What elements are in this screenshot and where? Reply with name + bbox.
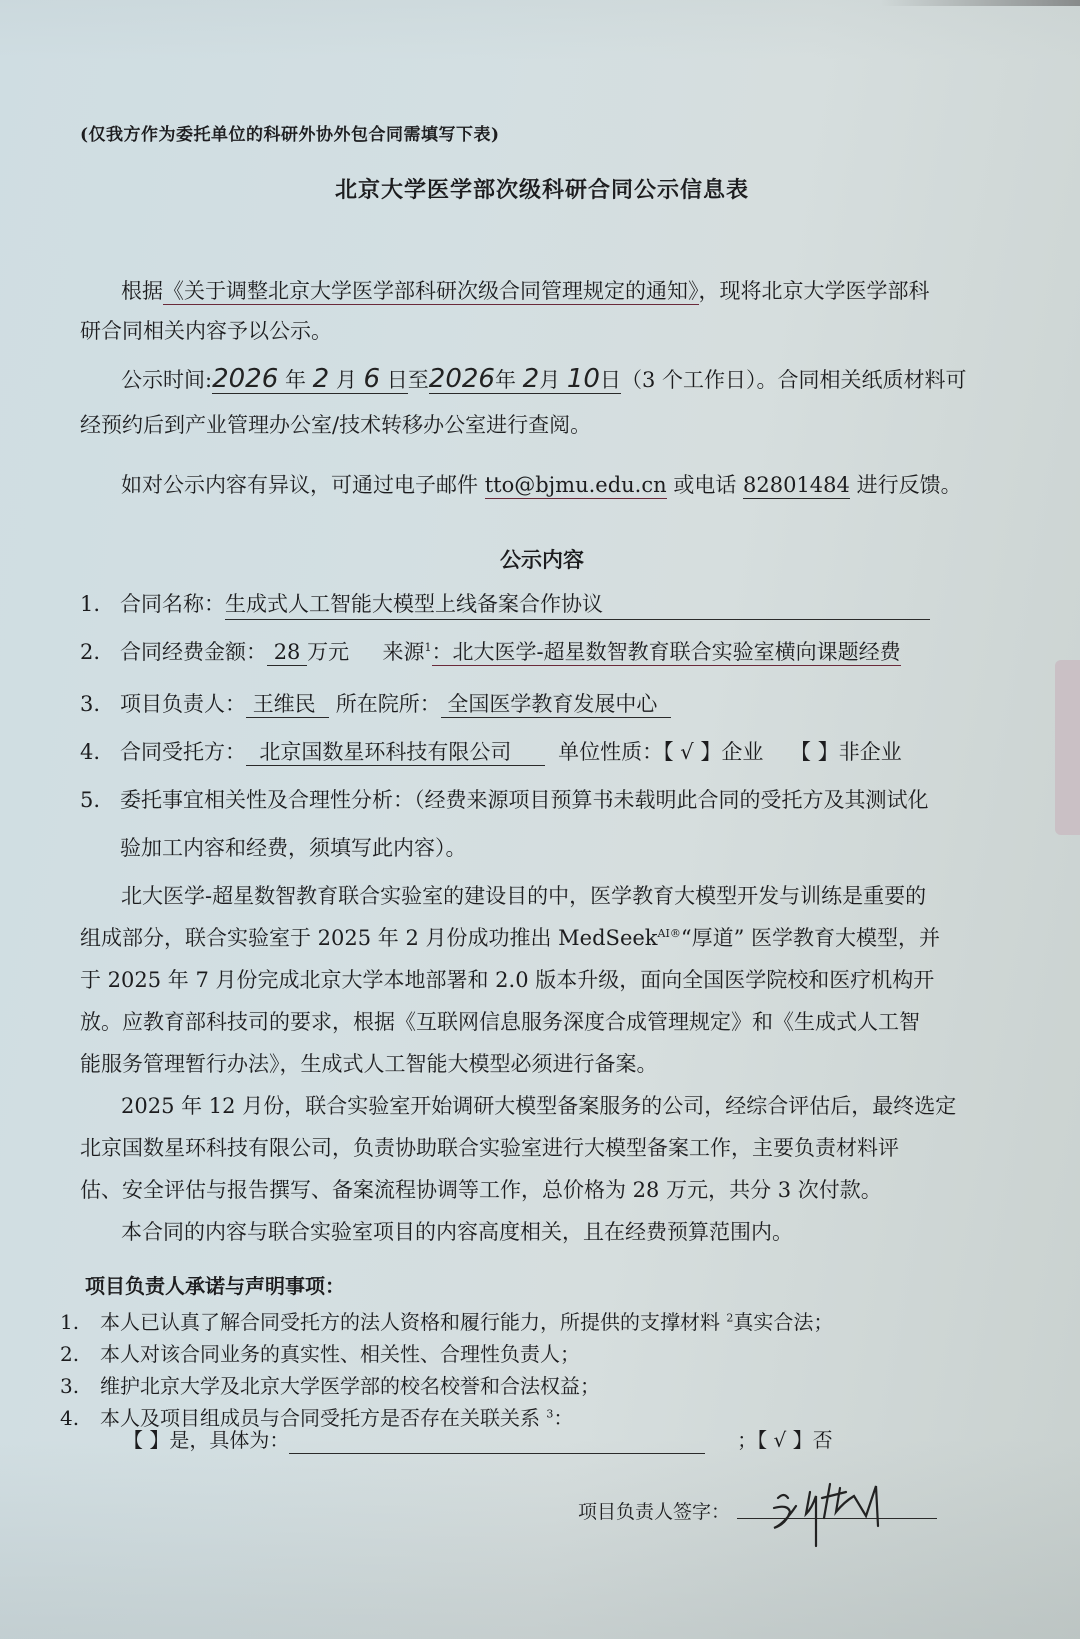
item-relevance-analysis: 5.委托事宜相关性及合理性分析：（经费来源项目预算书未载明此合同的受托方及其测试… <box>80 786 929 814</box>
no-checkbox[interactable]: 【 √ 】 <box>757 1428 812 1452</box>
commitment-3: 3.维护北京大学及北京大学医学部的校名校誉和合法权益； <box>60 1372 600 1400</box>
start-year: 2026 <box>212 364 278 394</box>
end-month: 2 <box>523 364 540 394</box>
amount-value: 28 <box>267 640 307 666</box>
non-enterprise-checkbox[interactable]: 【 】 <box>790 740 839 764</box>
commitment-2: 2.本人对该合同业务的真实性、相关性、合理性负责人； <box>60 1340 580 1368</box>
period-line-2: 经预约后到产业管理办公室/技术转移办公室进行查阅。 <box>80 411 591 439</box>
funding-source-value: ：北大医学-超星数智教育联合实验室横向课题经费 <box>432 640 901 666</box>
analysis-p2-line-1: 2025 年 12 月份，联合实验室开始调研大模型备案服务的公司，经综合评估后，… <box>121 1092 956 1120</box>
yes-checkbox[interactable]: 【 】 <box>123 1428 169 1452</box>
analysis-p2-line-3: 估、安全评估与报告撰写、备案流程协调等工作，总价格为 28 万元，共分 3 次付… <box>80 1176 882 1204</box>
contact-email[interactable]: tto@bjmu.edu.cn <box>485 473 667 499</box>
related-party-details-field[interactable] <box>289 1431 705 1454</box>
analysis-p1-line-1: 北大医学-超星数智教育联合实验室的建设目的中，医学教育大模型开发与训练是重要的 <box>121 882 926 910</box>
intro-line-2: 研合同相关内容予以公示。 <box>80 317 332 345</box>
index-tab-marker <box>1055 660 1080 835</box>
start-day: 6 <box>364 364 381 394</box>
signature-label: 项目负责人签字： <box>578 1498 730 1526</box>
handwritten-signature <box>770 1478 910 1552</box>
pi-name-value: 王维民 <box>246 692 329 718</box>
item-relevance-hint-2: 验加工内容和经费，须填写此内容）。 <box>120 834 467 862</box>
document-photo: (仅我方作为委托单位的科研外协外包合同需填写下表) 北京大学医学部次级科研合同公… <box>0 0 1080 1639</box>
analysis-p1-line-4: 放。应教育部科技司的要求，根据《互联网信息服务深度合成管理规定》和《生成式人工智 <box>80 1008 920 1036</box>
contact-line: 如对公示内容有异议，可通过电子邮件 tto@bjmu.edu.cn 或电话 82… <box>121 471 962 499</box>
paper-edge-shadow <box>880 0 1080 6</box>
end-day: 10 <box>567 364 600 394</box>
end-year: 2026 <box>429 364 495 394</box>
analysis-p3: 本合同的内容与联合实验室项目的内容高度相关，且在经费预算范围内。 <box>121 1218 793 1246</box>
lighting-shade-top <box>0 0 1080 60</box>
enterprise-checkbox[interactable]: 【 √ 】 <box>663 740 721 764</box>
contact-phone: 82801484 <box>743 473 850 499</box>
department-value: 全国医学教育发展中心 <box>441 692 671 718</box>
analysis-p1-line-3: 于 2025 年 7 月份完成北京大学本地部署和 2.0 版本升级，面向全国医学… <box>80 966 934 994</box>
item-contractor: 4.合同受托方： 北京国数星环科技有限公司 单位性质：【 √ 】企业 【 】非企… <box>80 738 902 766</box>
item-contract-name: 1.合同名称：生成式人工智能大模型上线备案合作协议 <box>80 590 930 620</box>
start-month: 2 <box>313 364 330 394</box>
intro-line-1: 根据《关于调整北京大学医学部科研次级合同管理规定的通知》，现将北京大学医学部科 <box>121 277 930 305</box>
item-project-leader: 3.项目负责人： 王维民 所在院所： 全国医学教育发展中心 <box>80 690 671 718</box>
content-section-title: 公示内容 <box>500 546 584 574</box>
analysis-p1-line-5: 能服务管理暂行办法》，生成式人工智能大模型必须进行备案。 <box>80 1050 658 1078</box>
notice-name: 《关于调整北京大学医学部科研次级合同管理规定的通知》 <box>163 279 699 305</box>
form-note: (仅我方作为委托单位的科研外协外包合同需填写下表) <box>80 121 500 149</box>
commitments-title: 项目负责人承诺与声明事项： <box>85 1272 345 1300</box>
page-title: 北京大学医学部次级科研合同公示信息表 <box>335 176 749 204</box>
analysis-p1-line-2: 组成部分，联合实验室于 2025 年 2 月份成功推出 MedSeekAI®“厚… <box>80 924 940 952</box>
commitment-1: 1.本人已认真了解合同受托方的法人资格和履行能力，所提供的支撑材料 2真实合法； <box>60 1308 833 1336</box>
item-contract-amount: 2.合同经费金额： 28 万元 来源1：北大医学-超星数智教育联合实验室横向课题… <box>80 638 901 666</box>
period-line-1: 公示时间:2026 年 2 月 6 日至2026年 2月 10日（3 个工作日）… <box>121 365 967 394</box>
contractor-value: 北京国数星环科技有限公司 <box>246 740 545 766</box>
related-party-answer: 【 】是，具体为： ；【 √ 】否 <box>123 1426 833 1454</box>
contract-name-value: 生成式人工智能大模型上线备案合作协议 <box>225 590 930 620</box>
lighting-shade-bottom <box>0 1439 1080 1639</box>
analysis-p2-line-2: 北京国数星环科技有限公司，负责协助联合实验室进行大模型备案工作，主要负责材料评 <box>80 1134 899 1162</box>
